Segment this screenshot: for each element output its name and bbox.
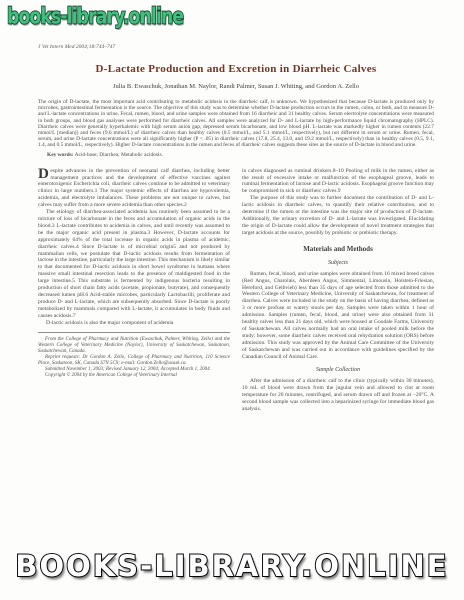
- keywords-label: Key words:: [47, 152, 74, 158]
- keywords-text: Acid-base; Diarrhea; Metabolic acidosis.: [75, 152, 163, 158]
- footnote-affiliation: From the College of Pharmacy and Nutriti…: [38, 337, 230, 355]
- bottom-watermark-logo: BOOKS-LIBRARY.ONLINE: [0, 549, 464, 583]
- paragraph-ruminal-drinkers: in calves diagnosed as ruminal drinkers.…: [242, 168, 434, 196]
- footnote-divider: [38, 332, 230, 333]
- subsection-subjects: Subjects: [242, 260, 434, 266]
- abstract-text: The origin of D-lactate, the most import…: [38, 99, 434, 149]
- footnote-reprints: Reprint requests: Dr Gordon A. Zello, Co…: [38, 355, 230, 367]
- paragraph-subjects: Rumen, fecal, blood, and urine samples w…: [242, 271, 434, 361]
- article-body: J Vet Intern Med 2004;18:744–747 D-Lacta…: [38, 44, 434, 413]
- right-column: in calves diagnosed as ruminal drinkers.…: [242, 168, 434, 413]
- paragraph-etiology: The etiology of diarrhea-associated acid…: [38, 209, 230, 320]
- authors-line: Julia B. Ewaschuk, Jonathan M. Naylor, R…: [38, 83, 434, 90]
- top-watermark-logo: books-library.online: [7, 2, 183, 29]
- dropcap-letter: D: [38, 168, 50, 180]
- left-column: Despite advances in the prevention of ne…: [38, 168, 230, 413]
- footnote-copyright: Copyright © 2004 by the American College…: [38, 373, 230, 379]
- paragraph-intro: Despite advances in the prevention of ne…: [38, 168, 230, 209]
- paragraph-lead-out: D-lactic acidosis is also the major comp…: [38, 320, 230, 327]
- paragraph-intro-text: espite advances in the prevention of neo…: [38, 168, 230, 209]
- section-materials-methods: Materials and Methods: [242, 245, 434, 253]
- two-column-body: Despite advances in the prevention of ne…: [38, 168, 434, 413]
- paragraph-purpose: The purpose of this study was to further…: [242, 195, 434, 236]
- paragraph-sample-collection: After the admission of a diarrheic calf …: [242, 378, 434, 413]
- keywords-line: Key words: Acid-base; Diarrhea; Metaboli…: [38, 152, 434, 158]
- scanned-paper-page: books-library.online J Vet Intern Med 20…: [0, 0, 464, 600]
- subsection-sample-collection: Sample Collection: [242, 367, 434, 373]
- paper-title: D-Lactate Production and Excretion in Di…: [38, 63, 434, 75]
- journal-citation: J Vet Intern Med 2004;18:744–747: [38, 44, 434, 50]
